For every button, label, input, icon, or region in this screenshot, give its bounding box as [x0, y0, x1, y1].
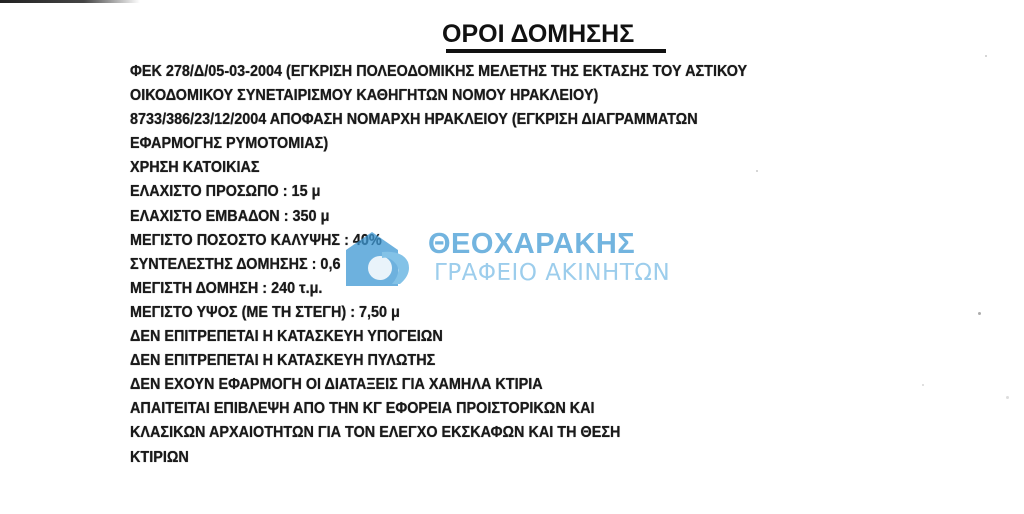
- scan-speck: [1006, 396, 1009, 399]
- text-line: ΔΕΝ ΕΧΟΥΝ ΕΦΑΡΜΟΓΗ ΟΙ ΔΙΑΤΑΞΕΙΣ ΓΙΑ ΧΑΜΗ…: [130, 373, 747, 397]
- text-line: ΔΕΝ ΕΠΙΤΡΕΠΕΤΑΙ Η ΚΑΤΑΣΚΕΥΗ ΠΥΛΩΤΗΣ: [130, 349, 747, 373]
- text-line: ΦΕΚ 278/Δ/05-03-2004 (ΕΓΚΡΙΣΗ ΠΟΛΕΟΔΟΜΙΚ…: [130, 60, 747, 84]
- scan-speck: [756, 170, 758, 172]
- scan-speck: [985, 55, 987, 57]
- text-line: ΜΕΓΙΣΤΟ ΥΨΟΣ (ΜΕ ΤΗ ΣΤΕΓΗ) : 7,50 μ: [130, 301, 747, 325]
- text-line: ΜΕΓΙΣΤΗ ΔΟΜΗΣΗ : 240 τ.μ.: [130, 277, 747, 301]
- text-line: ΑΠΑΙΤΕΙΤΑΙ ΕΠΙΒΛΕΨΗ ΑΠΟ ΤΗΝ ΚΓ ΕΦΟΡΕΙΑ Π…: [130, 397, 747, 421]
- document-body: ΦΕΚ 278/Δ/05-03-2004 (ΕΓΚΡΙΣΗ ΠΟΛΕΟΔΟΜΙΚ…: [130, 60, 794, 470]
- text-line: ΕΛΑΧΙΣΤΟ ΕΜΒΑΔΟΝ : 350 μ: [130, 205, 747, 229]
- text-line: ΣΥΝΤΕΛΕΣΤΗΣ ΔΟΜΗΣΗΣ : 0,6: [130, 253, 747, 277]
- text-line: ΔΕΝ ΕΠΙΤΡΕΠΕΤΑΙ Η ΚΑΤΑΣΚΕΥΗ ΥΠΟΓΕΙΩΝ: [130, 325, 747, 349]
- page-title: ΟΡΟΙ ΔΟΜΗΣΗΣ: [442, 20, 634, 49]
- text-line: ΚΛΑΣΙΚΩΝ ΑΡΧΑΙΟΤΗΤΩΝ ΓΙΑ ΤΟΝ ΕΛΕΓΧΟ ΕΚΣΚ…: [130, 421, 747, 445]
- text-line: 8733/386/23/12/2004 ΑΠΟΦΑΣΗ ΝΟΜΑΡΧΗ ΗΡΑΚ…: [130, 108, 747, 132]
- scan-speck: [922, 384, 924, 386]
- text-line: ΕΦΑΡΜΟΓΗΣ ΡΥΜΟΤΟΜΙΑΣ): [130, 132, 747, 156]
- text-line: ΟΙΚΟΔΟΜΙΚΟΥ ΣΥΝΕΤΑΙΡΙΣΜΟΥ ΚΑΘΗΓΗΤΩΝ ΝΟΜΟ…: [130, 84, 747, 108]
- text-line: ΧΡΗΣΗ ΚΑΤΟΙΚΙΑΣ: [130, 156, 747, 180]
- text-line: ΚΤΙΡΙΩΝ: [130, 446, 747, 470]
- scan-speck: [978, 312, 981, 315]
- title-underline: [446, 49, 666, 53]
- scan-edge-artifact: [0, 0, 140, 3]
- text-line: ΜΕΓΙΣΤΟ ΠΟΣΟΣΤΟ ΚΑΛΥΨΗΣ : 40%: [130, 229, 747, 253]
- text-line: ΕΛΑΧΙΣΤΟ ΠΡΟΣΩΠΟ : 15 μ: [130, 180, 747, 204]
